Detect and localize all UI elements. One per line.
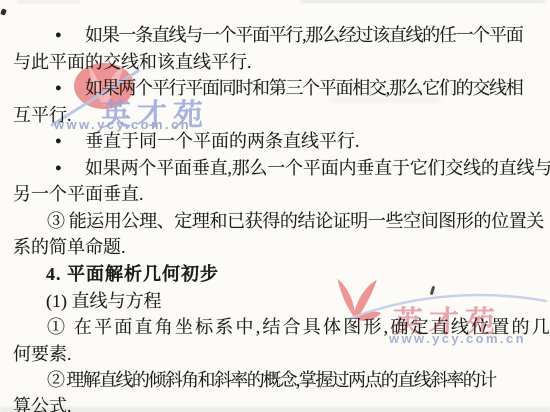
text-line: ① 在平面直角坐标系中,结合具体图形,确定直线位置的几 xyxy=(47,315,550,339)
text-line: ③ 能运用公理、定理和已获得的结论证明一些空间图形的位置关 xyxy=(47,209,544,233)
line-text: 何要素. xyxy=(13,344,72,364)
section-heading: 4. 平面解析几何初步 xyxy=(46,262,219,286)
line-text: ① 在平面直角坐标系中,结合具体图形,确定直线位置的几 xyxy=(47,317,550,337)
scanned-document-page: 英才苑 www.ycy.com.cn 英才苑 www.ycy.com.cn ●如… xyxy=(0,0,550,412)
bullet-icon: ● xyxy=(55,129,85,153)
scan-speck xyxy=(0,8,7,15)
text-line: 系的简单命题. xyxy=(13,235,126,259)
line-text: 另一个平面垂直. xyxy=(13,184,144,204)
line-text: ③ 能运用公理、定理和已获得的结论证明一些空间图形的位置关 xyxy=(47,211,544,231)
scan-smudge xyxy=(18,0,80,3)
text-line: ●如果两个平行平面同时和第三个平面相交,那么它们的交线相 xyxy=(55,76,522,100)
text-line: 另一个平面垂直. xyxy=(13,182,144,206)
line-text: (1) 直线与方程 xyxy=(46,291,162,311)
line-text: 与此平面的交线和该直线平行. xyxy=(13,52,252,72)
line-text: 系的简单命题. xyxy=(13,237,126,257)
text-line: ●如果两个平面垂直,那么一个平面内垂直于它们交线的直线与 xyxy=(55,156,550,180)
scan-smudge xyxy=(0,407,550,412)
line-text: 如果一条直线与一个平面平行,那么经过该直线的任一个平面 xyxy=(85,25,522,45)
line-text: ② 理解直线的倾斜角和斜率的概念,掌握过两点的直线斜率的计 xyxy=(47,370,496,390)
text-line: ●如果一条直线与一个平面平行,那么经过该直线的任一个平面 xyxy=(55,23,522,47)
bullet-icon: ● xyxy=(55,156,85,180)
text-line: ●垂直于同一个平面的两条直线平行. xyxy=(55,129,360,153)
text-line: 与此平面的交线和该直线平行. xyxy=(13,50,252,74)
bullet-icon: ● xyxy=(55,23,85,47)
text-line: 何要素. xyxy=(13,342,72,366)
scan-smudge xyxy=(300,0,545,3)
text-line: 算公式. xyxy=(13,394,72,412)
line-text: 垂直于同一个平面的两条直线平行. xyxy=(85,131,360,151)
line-text: 如果两个平面垂直,那么一个平面内垂直于它们交线的直线与 xyxy=(85,158,550,178)
line-text: 算公式. xyxy=(13,396,72,412)
bullet-icon: ● xyxy=(55,76,85,100)
line-text: 如果两个平行平面同时和第三个平面相交,那么它们的交线相 xyxy=(85,78,522,98)
line-text: 4. 平面解析几何初步 xyxy=(46,264,219,284)
text-line: ② 理解直线的倾斜角和斜率的概念,掌握过两点的直线斜率的计 xyxy=(47,368,496,392)
subsection-heading: (1) 直线与方程 xyxy=(46,289,162,313)
text-line: 互平行. xyxy=(13,103,72,127)
line-text: 互平行. xyxy=(13,105,72,125)
